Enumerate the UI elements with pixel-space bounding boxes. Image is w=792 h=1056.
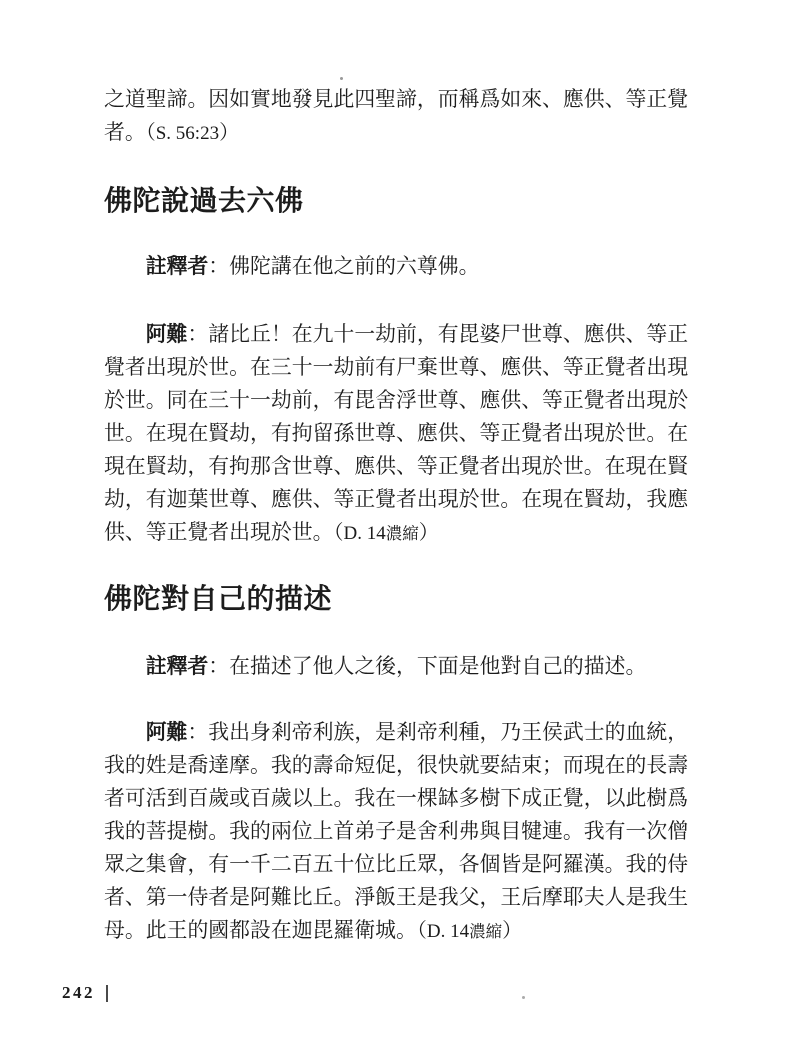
body-text: 現在賢劫，有拘那含世尊、應供、等正覺者出現於世。在現在賢 <box>104 454 688 478</box>
body-line: 於世。同在三十一劫前，有毘舍浮世尊、應供、等正覺者出現於 <box>104 384 690 417</box>
intro-paragraph: 之道聖諦。因如實地發見此四聖諦，而稱爲如來、應供、等正覺 者。（S. 56:23… <box>104 83 690 149</box>
speaker-label: 註釋者 <box>146 654 209 678</box>
page-number-separator <box>106 985 108 1002</box>
body-text: 者、第一侍者是阿難比丘。淨飯王是我父，王后摩耶夫人是我生 <box>104 885 688 909</box>
body-line: 世。在現在賢劫，有拘留孫世尊、應供、等正覺者出現於世。在 <box>104 417 690 450</box>
citation-paren: ） <box>502 920 522 942</box>
speaker-label: 註釋者 <box>146 254 209 278</box>
commentary-paragraph: 註釋者：佛陀講在他之前的六尊佛。 <box>104 250 690 283</box>
body-line: 者可活到百歲或百歲以上。我在一棵缽多樹下成正覺，以此樹爲 <box>104 782 690 815</box>
body-text: 之道聖諦。因如實地發見此四聖諦，而稱爲如來、應供、等正覺 <box>104 87 688 111</box>
body-line: 劫，有迦葉世尊、應供、等正覺者出現於世。在現在賢劫，我應 <box>104 483 690 516</box>
body-line: 之道聖諦。因如實地發見此四聖諦，而稱爲如來、應供、等正覺 <box>104 83 690 116</box>
speaker-colon: ： <box>208 254 229 278</box>
body-text: 我出身剎帝利族，是剎帝利種，乃王侯武士的血統， <box>208 720 688 744</box>
speaker-label: 阿難 <box>146 322 188 346</box>
speaker-colon: ： <box>208 654 229 678</box>
sutta-paragraph: 阿難：諸比丘！在九十一劫前，有毘婆尸世尊、應供、等正 覺者出現於世。在三十一劫前… <box>104 318 690 549</box>
body-text: 劫，有迦葉世尊、應供、等正覺者出現於世。在現在賢劫，我應 <box>104 487 688 511</box>
scan-speck <box>522 996 525 999</box>
section-heading: 佛陀說過去六佛 <box>104 184 304 220</box>
body-line: 供、等正覺者出現於世。（D. 14濃縮） <box>104 516 690 549</box>
body-line: 眾之集會，有一千二百五十位比丘眾，各個皆是阿羅漢。我的侍 <box>104 848 690 881</box>
citation-note: 濃縮 <box>386 524 419 543</box>
body-line: 母。此王的國都設在迦毘羅衛城。（D. 14濃縮） <box>104 914 690 947</box>
body-text: 覺者出現於世。在三十一劫前有尸棄世尊、應供、等正覺者出現 <box>104 355 688 379</box>
body-text: 供、等正覺者出現於世。 <box>104 520 333 544</box>
body-line: 註釋者：在描述了他人之後，下面是他對自己的描述。 <box>104 650 690 683</box>
body-line: 覺者出現於世。在三十一劫前有尸棄世尊、應供、等正覺者出現 <box>104 351 690 384</box>
citation-code: D. 14 <box>343 523 385 544</box>
body-text: 我的菩提樹。我的兩位上首弟子是舍利弗與目犍連。我有一次僧 <box>104 819 688 843</box>
citation: （D. 14濃縮） <box>333 520 438 544</box>
body-text: 佛陀講在他之前的六尊佛。 <box>229 254 479 278</box>
speaker-label: 阿難 <box>146 720 188 744</box>
citation-paren: （ <box>417 920 427 942</box>
citation-note: 濃縮 <box>469 922 502 941</box>
citation-code: D. 14 <box>427 921 469 942</box>
citation: （D. 14濃縮） <box>417 918 522 942</box>
body-text: 者。 <box>104 120 146 144</box>
citation-paren: ） <box>419 522 439 544</box>
speaker-colon: ： <box>187 720 208 744</box>
body-line: 阿難：我出身剎帝利族，是剎帝利種，乃王侯武士的血統， <box>104 716 690 749</box>
scan-speck <box>340 77 343 80</box>
body-line: 者、第一侍者是阿難比丘。淨飯王是我父，王后摩耶夫人是我生 <box>104 881 690 914</box>
body-line: 我的姓是喬達摩。我的壽命短促，很快就要結束；而現在的長壽 <box>104 749 690 782</box>
page-number-value: 242 <box>62 982 95 1004</box>
citation-paren: （ <box>146 122 156 144</box>
body-text: 世。在現在賢劫，有拘留孫世尊、應供、等正覺者出現於世。在 <box>104 421 688 445</box>
citation-paren: （ <box>333 522 343 544</box>
section-heading: 佛陀對自己的描述 <box>104 582 332 618</box>
body-line: 者。（S. 56:23） <box>104 116 690 149</box>
citation-paren: ） <box>219 122 239 144</box>
body-text: 於世。同在三十一劫前，有毘舍浮世尊、應供、等正覺者出現於 <box>104 388 688 412</box>
body-text: 者可活到百歲或百歲以上。我在一棵缽多樹下成正覺，以此樹爲 <box>104 786 688 810</box>
body-line: 註釋者：佛陀講在他之前的六尊佛。 <box>104 250 690 283</box>
book-page: 之道聖諦。因如實地發見此四聖諦，而稱爲如來、應供、等正覺 者。（S. 56:23… <box>0 0 792 1056</box>
page-number: 242 <box>62 982 108 1004</box>
body-line: 阿難：諸比丘！在九十一劫前，有毘婆尸世尊、應供、等正 <box>104 318 690 351</box>
body-line: 我的菩提樹。我的兩位上首弟子是舍利弗與目犍連。我有一次僧 <box>104 815 690 848</box>
commentary-paragraph: 註釋者：在描述了他人之後，下面是他對自己的描述。 <box>104 650 690 683</box>
body-text: 眾之集會，有一千二百五十位比丘眾，各個皆是阿羅漢。我的侍 <box>104 852 688 876</box>
citation: （S. 56:23） <box>146 120 239 144</box>
sutta-paragraph: 阿難：我出身剎帝利族，是剎帝利種，乃王侯武士的血統， 我的姓是喬達摩。我的壽命短… <box>104 716 690 947</box>
body-text: 我的姓是喬達摩。我的壽命短促，很快就要結束；而現在的長壽 <box>104 753 688 777</box>
body-line: 現在賢劫，有拘那含世尊、應供、等正覺者出現於世。在現在賢 <box>104 450 690 483</box>
body-text: 諸比丘！在九十一劫前，有毘婆尸世尊、應供、等正 <box>208 322 688 346</box>
citation-code: S. 56:23 <box>156 123 219 144</box>
body-text: 母。此王的國都設在迦毘羅衛城。 <box>104 918 417 942</box>
body-text: 在描述了他人之後，下面是他對自己的描述。 <box>229 654 646 678</box>
speaker-colon: ： <box>187 322 208 346</box>
